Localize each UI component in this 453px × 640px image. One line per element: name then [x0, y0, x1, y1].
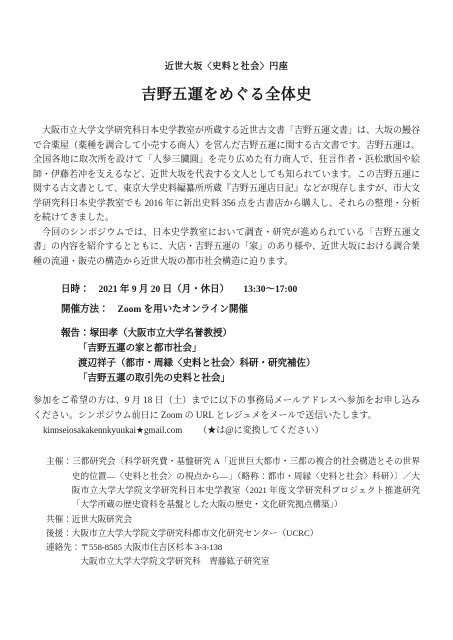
host-label: 主催：	[46, 456, 72, 466]
method-value: Zoom を用いたオンライン開催	[118, 305, 248, 315]
method-row: 開催方法：Zoom を用いたオンライン開催	[61, 301, 420, 321]
datetime-row: 日時：2021 年 9 月 20 日（月・休日） 13:30～17:00	[61, 281, 420, 301]
contact-office-row: 大阪市立大学大学院文学研究科 齊藤紘子研究室	[46, 554, 420, 568]
email-row: kinnseiosakakennkyuukai★gmail.com（★は@に変換…	[33, 423, 420, 438]
organizer-section: 主催：三都研究会〔科学研究費・基盤研究 A「近世巨大都市・三都の複合的社会構造と…	[46, 454, 420, 568]
reports-section: 報告：塚田孝（大阪市立大学名誉教授） 「吉野五運の家と都市社会」 渡辺祥子（都市…	[61, 327, 420, 387]
datetime-value: 2021 年 9 月 20 日（月・休日） 13:30～17:00	[99, 285, 298, 295]
report-1-title: 「吉野五運の家と都市社会」	[61, 342, 420, 357]
support-label: 後援：	[46, 528, 72, 538]
host-row: 主催：三都研究会〔科学研究費・基盤研究 A「近世巨大都市・三都の複合的社会構造と…	[46, 454, 420, 511]
intro-paragraph-1: 大阪市立大学文学研究科日本史学教室が所蔵する近世古文書「吉野五運文書」は、大坂の…	[33, 123, 420, 225]
host-text: 三都研究会〔科学研究費・基盤研究 A「近世巨大都市・三都の複合的社会構造とその世…	[72, 456, 420, 509]
email-note: （★は@に変換してください）	[198, 425, 323, 435]
event-details: 日時：2021 年 9 月 20 日（月・休日） 13:30～17:00 開催方…	[61, 281, 420, 320]
method-label: 開催方法：	[61, 305, 109, 315]
contact-address: 〒558-8585 大阪市住吉区杉本 3-3-138	[80, 542, 222, 552]
series-label: 近世大坂〈史料と社会〉円座	[33, 60, 420, 73]
contact-email: kinnseiosakakennkyuukai★gmail.com	[43, 425, 182, 435]
contact-row: 連絡先：〒558-8585 大阪市住吉区杉本 3-3-138	[46, 540, 420, 554]
report-2-title: 「吉野五運の取引先の史料と社会」	[61, 372, 420, 387]
intro-section: 大阪市立大学文学研究科日本史学教室が所蔵する近世古文書「吉野五運文書」は、大坂の…	[33, 123, 420, 268]
support-row: 後援：大阪市立大学大学院文学研究科都市文化研究センター（UCRC）	[46, 526, 420, 540]
datetime-label: 日時：	[61, 285, 90, 295]
reports-label: 報告：	[61, 329, 90, 339]
cohost-label: 共催：	[46, 514, 72, 524]
page-title: 吉野五運をめぐる全体史	[33, 85, 420, 106]
support-text: 大阪市立大学大学院文学研究科都市文化研究センター（UCRC）	[72, 528, 319, 538]
application-text: 参加をご希望の方は、9 月 18 日（土）までに以下の事務局メールアドレスへ参加…	[33, 393, 420, 423]
report-2-speaker: 渡辺祥子（都市・周縁〈史料と社会〉科研・研究補佐）	[61, 357, 420, 372]
report-row-1: 報告：塚田孝（大阪市立大学名誉教授）	[61, 327, 420, 342]
announcement-document: 近世大坂〈史料と社会〉円座 吉野五運をめぐる全体史 大阪市立大学文学研究科日本史…	[0, 0, 453, 640]
report-1-speaker: 塚田孝（大阪市立大学名誉教授）	[90, 329, 233, 339]
cohost-row: 共催：近世大阪研究会	[46, 512, 420, 526]
contact-label: 連絡先：	[46, 542, 80, 552]
application-section: 参加をご希望の方は、9 月 18 日（土）までに以下の事務局メールアドレスへ参加…	[33, 393, 420, 437]
cohost-text: 近世大阪研究会	[72, 514, 132, 524]
intro-paragraph-2: 今回のシンポジウムでは、日本史学教室において調査・研究が進められている「吉野五運…	[33, 225, 420, 269]
